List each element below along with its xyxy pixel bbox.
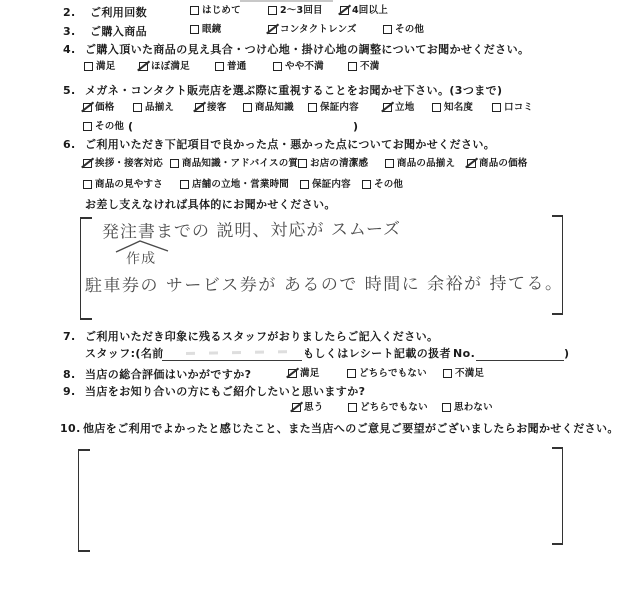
q9-option-omowanai[interactable]: 思わない [442, 403, 493, 413]
staff-no-field[interactable] [476, 360, 564, 361]
q5-option-hosho-naiyo[interactable]: 保証内容 [308, 103, 359, 113]
q2-option-hajimete[interactable]: はじめて [190, 6, 241, 16]
checkbox-icon [300, 180, 309, 189]
q5-option-sekkyaku[interactable]: 接客 [195, 103, 226, 113]
checkbox-label: 保証内容 [320, 103, 359, 113]
checkbox-label: その他 [374, 180, 403, 190]
checkbox-label: 保証内容 [312, 180, 351, 190]
q2-number: 2. [63, 7, 76, 18]
checked-checkbox-icon [268, 25, 277, 34]
checkbox-label: 接客 [207, 103, 226, 113]
q10-text: 他店をご利用でよかったと感じたこと、また当店へのご意見ご要望がございましたらお聞… [83, 423, 619, 434]
checked-checkbox-icon [467, 159, 476, 168]
checkbox-icon [362, 180, 371, 189]
q5-option-kuchikomi[interactable]: 口コミ [492, 103, 533, 113]
checked-checkbox-icon [83, 103, 92, 112]
q9-option-dochirademonai[interactable]: どちらでもない [348, 403, 428, 413]
comment-box1-right-bracket [550, 215, 563, 315]
illegible-pencil-trace [186, 350, 298, 355]
checkbox-label: コンタクトレンズ [280, 25, 357, 35]
checked-checkbox-icon [288, 369, 297, 378]
checked-checkbox-icon [139, 62, 148, 71]
checkbox-label: 口コミ [504, 103, 533, 113]
checkbox-label: 商品の価格 [479, 159, 528, 169]
checkbox-label: 挨拶・接客対応 [95, 159, 163, 169]
q5-text: メガネ・コンタクト販売店を選ぶ際に重視することをお聞かせ下さい。(3つまで) [85, 85, 502, 96]
checkbox-label: 商品の品揃え [397, 159, 455, 169]
checkbox-icon [83, 122, 92, 131]
q10-number: 10. [60, 423, 81, 434]
q6-option-miyasusa[interactable]: 商品の見やすさ [83, 180, 163, 190]
checkbox-label: 立地 [395, 103, 414, 113]
q5-paren-close: ) [353, 121, 358, 132]
checkbox-label: 満足 [300, 369, 319, 379]
checkbox-label: 4回以上 [352, 6, 388, 16]
checkbox-icon [348, 403, 357, 412]
checkbox-label: ほぼ満足 [151, 62, 190, 72]
q6-option-kakaku[interactable]: 商品の価格 [467, 159, 528, 169]
checkbox-label: その他 [95, 122, 124, 132]
q6-note: お差し支えなければ具体的にお聞かせください。 [85, 199, 336, 210]
checkbox-label: どちらでもない [359, 369, 427, 379]
handwritten-insertion: 作成 [126, 251, 156, 268]
q7-staff-close-paren: ) [564, 348, 569, 359]
checkbox-label: 知名度 [444, 103, 473, 113]
checkbox-label: 思わない [454, 403, 493, 413]
checked-checkbox-icon [292, 403, 301, 412]
checkbox-icon [243, 103, 252, 112]
handwritten-comment-line2: 駐車券の サービス券が あるので 時間に 余裕が 持てる。 [85, 275, 564, 297]
q4-number: 4. [63, 44, 76, 55]
q6-option-seiketsukan[interactable]: お店の清潔感 [298, 159, 368, 169]
checkbox-icon [215, 62, 224, 71]
q9-number: 9. [63, 386, 76, 397]
q5-option-shinazoroe[interactable]: 品揃え [133, 103, 174, 113]
checkbox-icon [170, 159, 179, 168]
q6-option-aisatsu[interactable]: 挨拶・接客対応 [83, 159, 163, 169]
checked-checkbox-icon [195, 103, 204, 112]
checkbox-label: 品揃え [145, 103, 174, 113]
q6-option-sonota[interactable]: その他 [362, 180, 403, 190]
q8-text: 当店の総合評価はいかがですか? [85, 369, 251, 380]
q7-text: ご利用いただき印象に残るスタッフがおりましたらご記入ください。 [85, 331, 438, 342]
checkbox-label: 2〜3回目 [280, 6, 323, 16]
staff-name-field[interactable] [162, 360, 302, 361]
checkbox-icon [190, 25, 199, 34]
checkbox-label: 商品知識 [255, 103, 294, 113]
q9-text: 当店をお知り合いの方にもご紹介したいと思いますか? [85, 386, 365, 397]
q3-option-contact-lens[interactable]: コンタクトレンズ [268, 25, 357, 35]
checkbox-icon [492, 103, 501, 112]
checkbox-icon [383, 25, 392, 34]
checkbox-label: やや不満 [285, 62, 324, 72]
checkbox-icon [180, 180, 189, 189]
q6-option-advice[interactable]: 商品知識・アドバイスの質 [170, 159, 298, 169]
checkbox-icon [348, 62, 357, 71]
checkbox-icon [298, 159, 307, 168]
checkbox-icon [308, 103, 317, 112]
q6-option-ritchi-eigyo[interactable]: 店舗の立地・営業時間 [180, 180, 289, 190]
q4-option-fuman[interactable]: 不満 [348, 62, 379, 72]
q5-option-shohin-chishiki[interactable]: 商品知識 [243, 103, 294, 113]
checkbox-icon [385, 159, 394, 168]
checkbox-label: 商品の見やすさ [95, 180, 163, 190]
checkbox-icon [83, 180, 92, 189]
checkbox-label: どちらでもない [360, 403, 428, 413]
q7-number: 7. [63, 331, 76, 342]
q4-option-yaya-fuman[interactable]: やや不満 [273, 62, 324, 72]
q4-text: ご購入頂いた商品の見え具合・つけ心地・掛け心地の調整についてお聞かせください。 [85, 44, 529, 55]
q7-staff-no-label: No. [453, 348, 475, 359]
q4-option-manzoku[interactable]: 満足 [84, 62, 115, 72]
q8-option-manzoku[interactable]: 満足 [288, 369, 319, 379]
q2-option-4kai-ijo[interactable]: 4回以上 [340, 6, 388, 16]
q6-text: ご利用いただき下記項目で良かった点・悪かった点についてお聞かせください。 [85, 139, 495, 150]
checkbox-label: 価格 [95, 103, 114, 113]
checkbox-label: はじめて [202, 6, 241, 16]
q7-staff-middle: もしくはレシート記載の扱者 [303, 348, 451, 359]
checkbox-label: 思う [304, 403, 323, 413]
q5-paren-open: ( [128, 121, 133, 132]
q2-label: ご利用回数 [90, 7, 147, 18]
q6-option-hosho[interactable]: 保証内容 [300, 180, 351, 190]
checkbox-label: 普通 [227, 62, 246, 72]
checked-checkbox-icon [340, 6, 349, 15]
checkbox-label: 不満足 [455, 369, 484, 379]
q8-option-fumanzoku[interactable]: 不満足 [443, 369, 484, 379]
checkbox-icon [273, 62, 282, 71]
cutoff-line-fragment [240, 0, 333, 2]
comment-box2-empty-area[interactable] [90, 455, 545, 540]
q3-number: 3. [63, 26, 76, 37]
q8-number: 8. [63, 369, 76, 380]
checkbox-label: お店の清潔感 [310, 159, 368, 169]
checkbox-label: 店舗の立地・営業時間 [192, 180, 289, 190]
q2-option-2-3kai[interactable]: 2〜3回目 [268, 6, 323, 16]
checkbox-icon [190, 6, 199, 15]
checkbox-icon [133, 103, 142, 112]
q7-staff-prefix: スタッフ:(名前 [85, 348, 164, 359]
q3-label: ご購入商品 [90, 26, 147, 37]
q5-option-kakaku[interactable]: 価格 [83, 103, 114, 113]
checkbox-icon [442, 403, 451, 412]
checkbox-label: その他 [395, 25, 424, 35]
q3-option-sonota[interactable]: その他 [383, 25, 424, 35]
checkbox-icon [432, 103, 441, 112]
checkbox-label: 商品知識・アドバイスの質 [182, 159, 298, 169]
checkbox-label: 不満 [360, 62, 379, 72]
checkbox-label: 眼鏡 [202, 25, 221, 35]
q5-option-chimeido[interactable]: 知名度 [432, 103, 473, 113]
q8-option-dochirademonai[interactable]: どちらでもない [347, 369, 427, 379]
q5-option-sonota[interactable]: その他 [83, 122, 124, 132]
q5-option-ritchi[interactable]: 立地 [383, 103, 414, 113]
checkbox-icon [347, 369, 356, 378]
checkbox-icon [268, 6, 277, 15]
checked-checkbox-icon [383, 103, 392, 112]
q4-option-hobo-manzoku[interactable]: ほぼ満足 [139, 62, 190, 72]
comment-box1-left-bracket [80, 217, 93, 320]
checkbox-icon [84, 62, 93, 71]
q6-option-shinazoroe[interactable]: 商品の品揃え [385, 159, 455, 169]
checkbox-icon [443, 369, 452, 378]
q9-option-omou[interactable]: 思う [292, 403, 323, 413]
q6-number: 6. [63, 139, 76, 150]
comment-box2-right-bracket [550, 447, 563, 545]
checked-checkbox-icon [83, 159, 92, 168]
q3-option-megane[interactable]: 眼鏡 [190, 25, 221, 35]
survey-form-page: 2. ご利用回数 はじめて 2〜3回目 4回以上 3. ご購入商品 眼鏡 コンタ… [0, 0, 630, 600]
q4-option-futsu[interactable]: 普通 [215, 62, 246, 72]
checkbox-label: 満足 [96, 62, 115, 72]
q5-number: 5. [63, 85, 76, 96]
